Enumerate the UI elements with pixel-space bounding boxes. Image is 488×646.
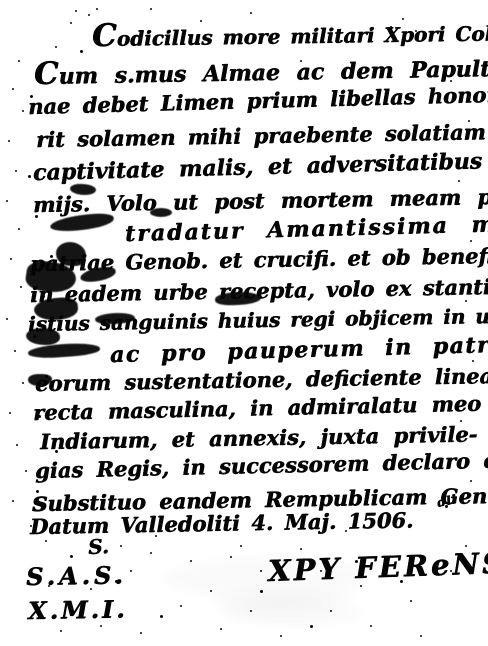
manuscript-line: tradatur Amantissima mea — [125, 210, 488, 247]
title-line: Codicillus more militari Xpori Colombi. — [92, 12, 488, 54]
signature-sigil-xmi: X.M.I. — [28, 594, 128, 625]
scan-speckle-noise-large — [0, 0, 3, 3]
manuscript-page: Codicillus more militari Xpori Colombi. … — [0, 0, 488, 646]
manuscript-line: ac pro pauperum in patria — [110, 331, 488, 368]
manuscript-line: mijs. Volo ut post mortem meam pro — [33, 184, 488, 217]
manuscript-line: captivitate malis, et adversitatibus — [33, 148, 483, 186]
manuscript-line: rit solamen mihi praebente solatiam in — [36, 119, 488, 152]
manuscript-line: recta masculina, in admiralatu meo — [33, 391, 482, 425]
signature-sigil-sas: S.A.S. — [26, 560, 127, 591]
signature-xpoferens: XPY FEReNS — [267, 546, 488, 588]
signature-sigil-s: S. — [87, 534, 109, 559]
manuscript-line: istius sanguinis huius regi objicem in u… — [28, 303, 488, 336]
scan-grey-artefact — [210, 598, 380, 634]
manuscript-line: patriae Genob. et crucifi. et ob benefic… — [30, 242, 488, 276]
